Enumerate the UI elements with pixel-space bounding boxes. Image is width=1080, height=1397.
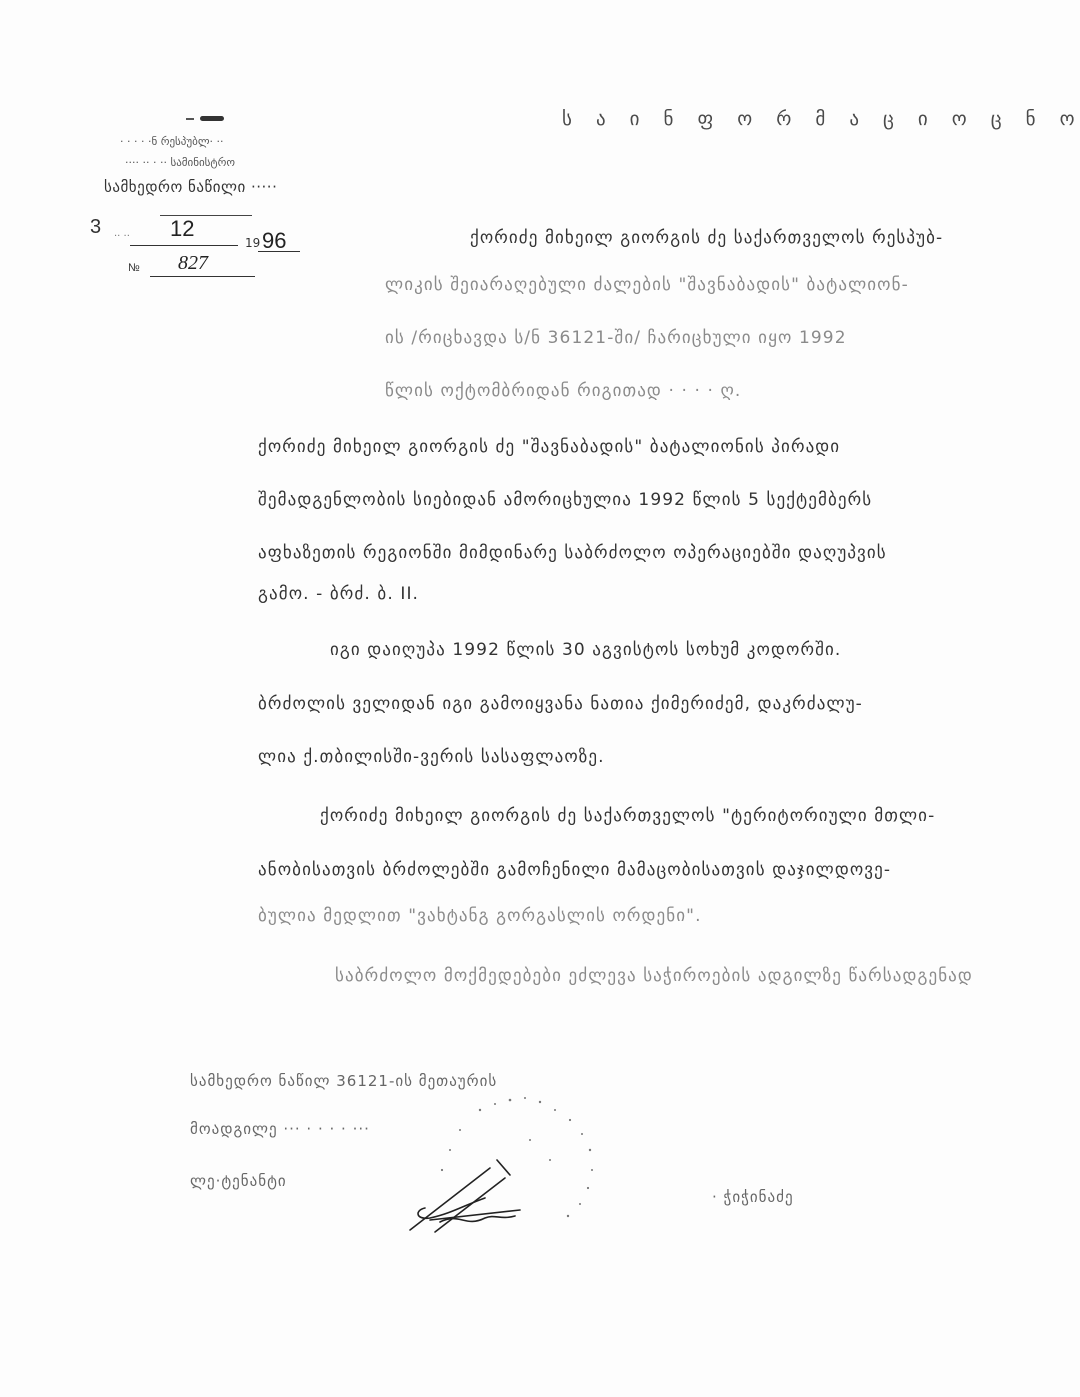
signatory-title: სამხედრო ნაწილ 36121-ის მეთაურის — [190, 1072, 497, 1090]
text-line: ქორიძე მიხეილ გიორგის ძე საქართველოს "ტე… — [320, 806, 935, 826]
text-line: წლის ოქტომბრიდან რიგითად · · · · ღ. — [385, 381, 741, 401]
date-underline — [258, 251, 300, 252]
letterhead-line: · · · · ·ნ რესპუბლ· ·· — [120, 135, 224, 148]
date-month: 12 — [170, 216, 194, 242]
text-line: ბულია მედლით "ვახტანგ გორგასლის ორდენი". — [258, 906, 702, 926]
date-year-prefix: 19 — [245, 236, 260, 250]
text-line: ანობისათვის ბრძოლებში გამოჩენილი მამაცობ… — [258, 860, 891, 880]
text-line: აფხაზეთის რეგიონში მიმდინარე საბრძოლო ოპ… — [258, 543, 887, 563]
text-line: ქორიძე მიხეილ გიორგის ძე "შავნაბადის" ბა… — [258, 437, 840, 457]
handwritten-signature-icon — [405, 1150, 545, 1240]
signatory-name: · ჭიჭინაძე — [712, 1188, 794, 1206]
signatory-title: მოადგილე ··· · · · · ··· — [190, 1120, 370, 1138]
letterhead-emblem-mark — [186, 118, 194, 120]
document-number: 827 — [178, 252, 208, 275]
text-line: ბრძოლის ველიდან იგი გამოიყვანა ნათია ქიმ… — [258, 694, 863, 714]
text-line: გამო. - ბრძ. ბ. II. — [258, 584, 419, 604]
document-heading: ს ა ი ნ ფ ო რ მ ა ც ი ო ც ნ ო ბ ა — [562, 108, 1080, 130]
letterhead-emblem-mark — [200, 116, 224, 121]
date-separator: .. .. — [114, 228, 130, 239]
text-line: საბრძოლო მოქმედებები ეძლევა საჭიროების ა… — [335, 966, 973, 986]
text-line: ქორიძე მიხეილ გიორგის ძე საქართველოს რეს… — [470, 228, 943, 248]
number-underline — [150, 276, 255, 277]
document-number-label: № — [128, 262, 140, 274]
text-line: შემადგენლობის სიებიდან ამორიცხულია 1992 … — [258, 490, 872, 510]
text-line: ის /რიცხავდა ს/ნ 36121-ში/ ჩარიცხული იყო… — [385, 328, 847, 348]
date-underline — [130, 245, 238, 246]
document-page: · · · · ·ნ რესპუბლ· ·· ···· ·· · ·· სამი… — [0, 0, 1080, 1397]
letterhead-unit: სამხედრო ნაწილი ····· — [104, 178, 277, 196]
text-line: ლია ქ.თბილისში-ვერის სასაფლაოზე. — [258, 747, 605, 767]
signatory-rank: ლე·ტენანტი — [190, 1172, 287, 1190]
date-day: 3 — [90, 216, 101, 239]
letterhead-line: ···· ·· · ·· სამინისტრო — [125, 156, 235, 169]
text-line: ლიკის შეიარაღებული ძალების "შავნაბადის" … — [385, 275, 909, 295]
text-line: იგი დაიღუპა 1992 წლის 30 აგვისტოს სოხუმ … — [330, 640, 841, 660]
